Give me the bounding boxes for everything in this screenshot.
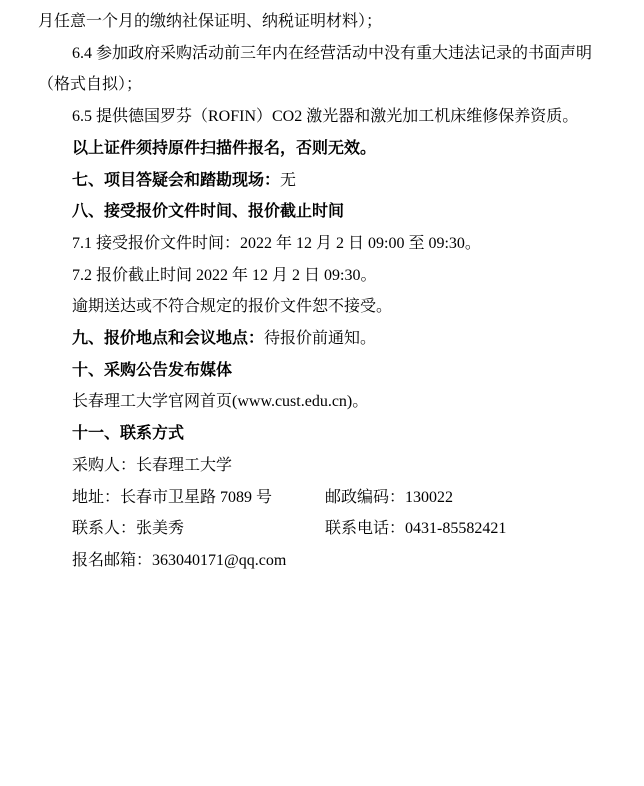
heading-section-7-value: 无 [280,172,296,189]
heading-section-7-label: 七、项目答疑会和踏勘现场： [72,172,280,189]
contact-phone: 联系电话：0431-85582421 [325,513,506,545]
paragraph-6-4-declaration: 6.4 参加政府采购活动前三年内在经营活动中没有重大违法记录的书面声明（格式自拟… [38,38,610,101]
heading-section-9-value: 待报价前通知。 [264,330,376,347]
heading-section-9-label: 九、报价地点和会议地点： [72,330,264,347]
paragraph-6-5-qualification: 6.5 提供德国罗芬（ROFIN）CO2 激光器和激光加工机床维修保养资质。 [38,101,610,133]
document-page: 月任意一个月的缴纳社保证明、纳税证明材料）； 6.4 参加政府采购活动前三年内在… [0,0,644,786]
paragraph-announcement-media: 长春理工大学官网首页(www.cust.edu.cn)。 [38,386,610,418]
paragraph-overdue-rejection: 逾期送达或不符合规定的报价文件恕不接受。 [38,291,610,323]
contact-purchaser: 采购人：长春理工大学 [38,450,610,482]
heading-section-9: 九、报价地点和会议地点：待报价前通知。 [38,323,610,355]
contact-address: 地址：长春市卫星路 7089 号 [72,482,325,514]
heading-section-11: 十一、联系方式 [38,418,610,450]
contact-postcode: 邮政编码：130022 [325,482,453,514]
paragraph-social-tax-continuation: 月任意一个月的缴纳社保证明、纳税证明材料）； [38,6,610,38]
heading-section-8: 八、接受报价文件时间、报价截止时间 [38,196,610,228]
paragraph-original-scan-notice: 以上证件须持原件扫描件报名，否则无效。 [38,133,610,165]
contact-person-row: 联系人：张美秀 联系电话：0431-85582421 [38,513,610,545]
paragraph-7-2-deadline: 7.2 报价截止时间 2022 年 12 月 2 日 09:30。 [38,260,610,292]
paragraph-7-1-acceptance-time: 7.1 接受报价文件时间：2022 年 12 月 2 日 09:00 至 09:… [38,228,610,260]
heading-section-10: 十、采购公告发布媒体 [38,355,610,387]
contact-person: 联系人：张美秀 [72,513,325,545]
heading-section-7: 七、项目答疑会和踏勘现场：无 [38,165,610,197]
contact-address-row: 地址：长春市卫星路 7089 号 邮政编码：130022 [38,482,610,514]
contact-email: 报名邮箱：363040171@qq.com [38,545,610,577]
